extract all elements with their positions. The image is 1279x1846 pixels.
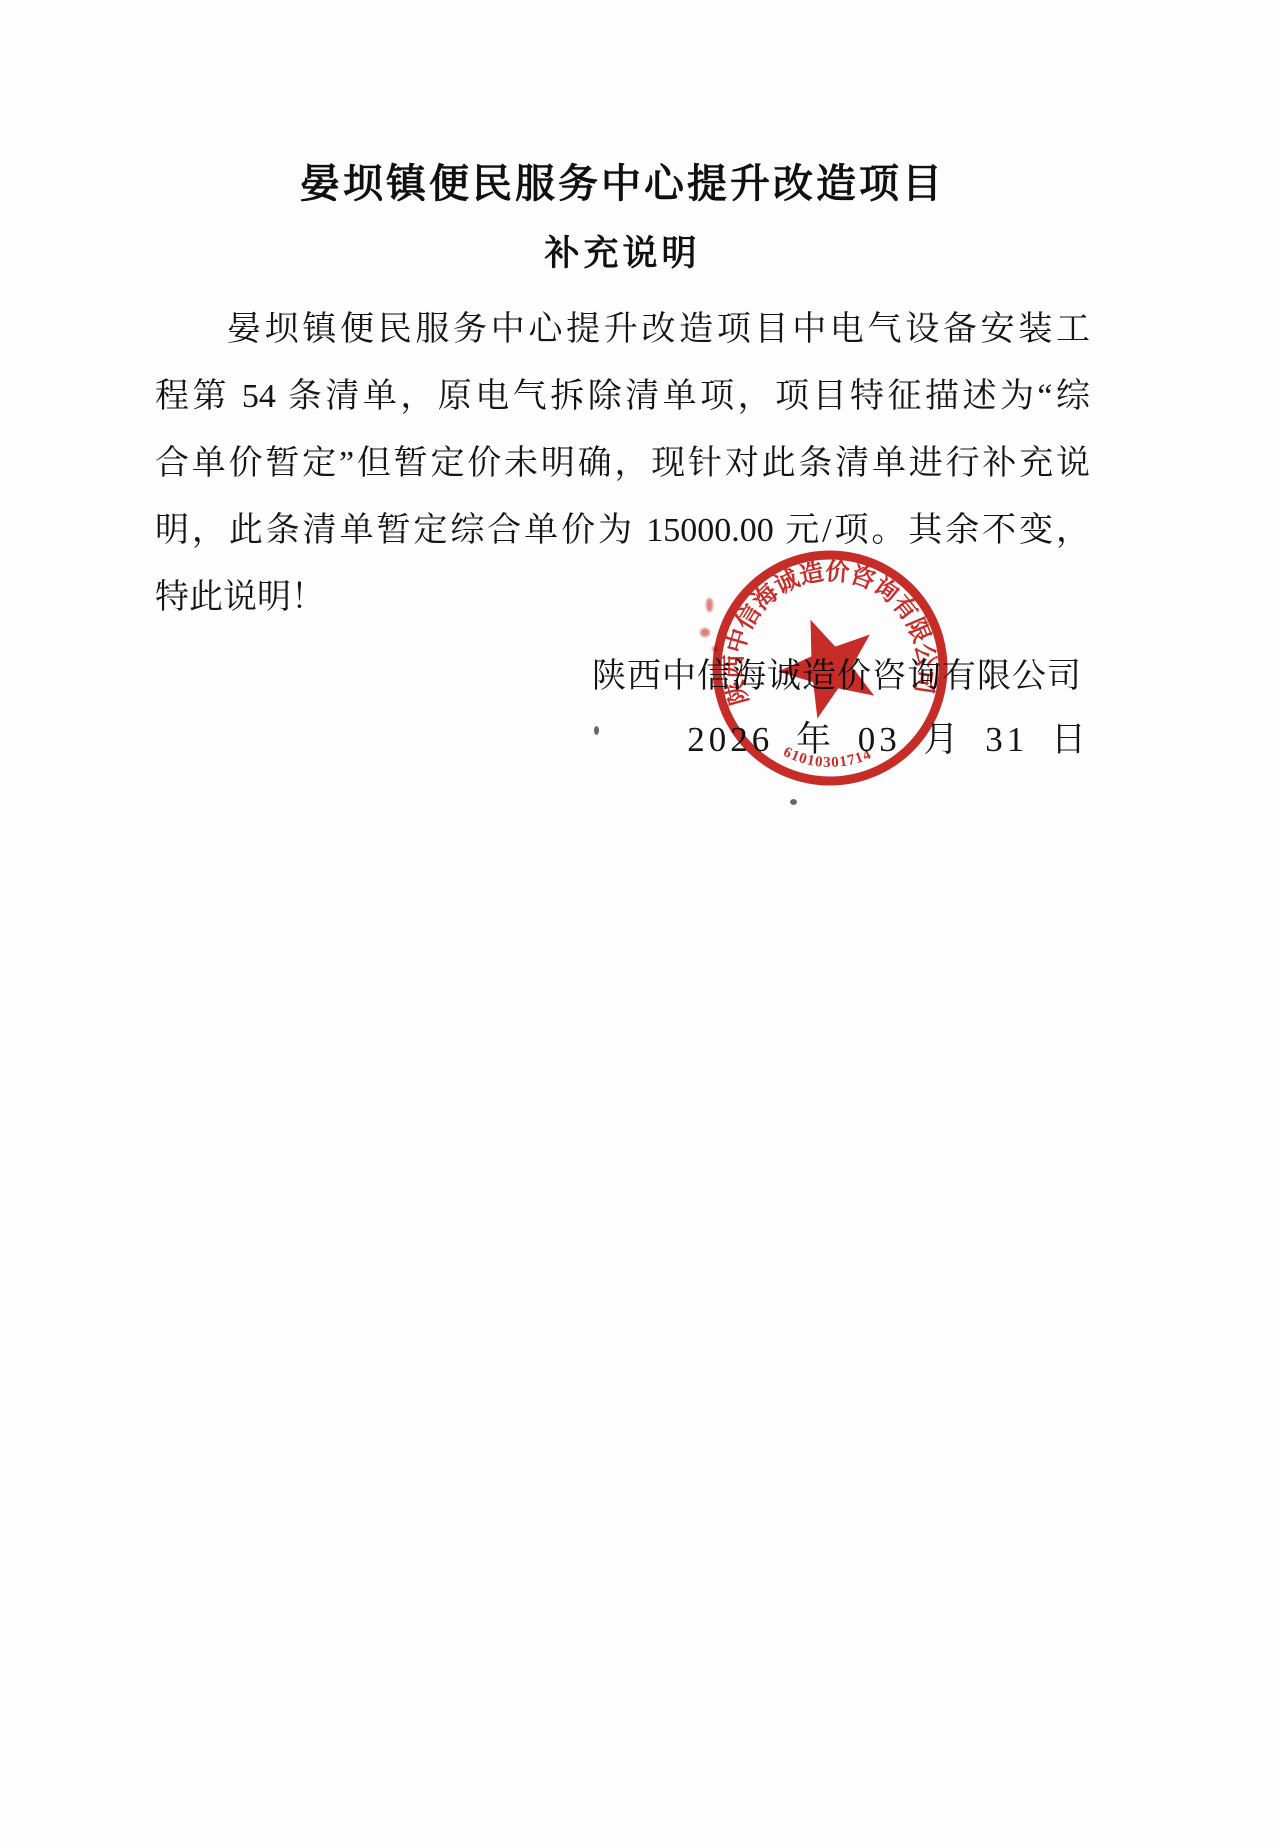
ink-smudge — [700, 628, 710, 637]
document-subtitle: 补充说明 — [155, 226, 1090, 276]
body-line: 合单价暂定”但暂定价未明确，现针对此条清单进行补充说 — [155, 430, 1090, 497]
ink-smudge — [706, 598, 713, 612]
star-icon — [765, 601, 892, 725]
document-page: 晏坝镇便民服务中心提升改造项目 补充说明 晏坝镇便民服务中心提升改造项目中电气设… — [0, 0, 1279, 1846]
company-seal-stamp: 陕西中信海诚造价咨询有限公司 61010301714 — [685, 523, 975, 813]
ink-speck — [594, 726, 599, 735]
body-line: 明，此条清单暂定综合单价为 15000.00 元/项。其余不变， — [155, 497, 1090, 564]
ink-speck — [790, 799, 797, 805]
document-title: 晏坝镇便民服务中心提升改造项目 — [155, 152, 1090, 209]
ink-smudge — [712, 646, 718, 652]
body-line: 程第 54 条清单，原电气拆除清单项，项目特征描述为“综 — [155, 363, 1090, 430]
body-line: 晏坝镇便民服务中心提升改造项目中电气设备安装工 — [155, 296, 1090, 363]
